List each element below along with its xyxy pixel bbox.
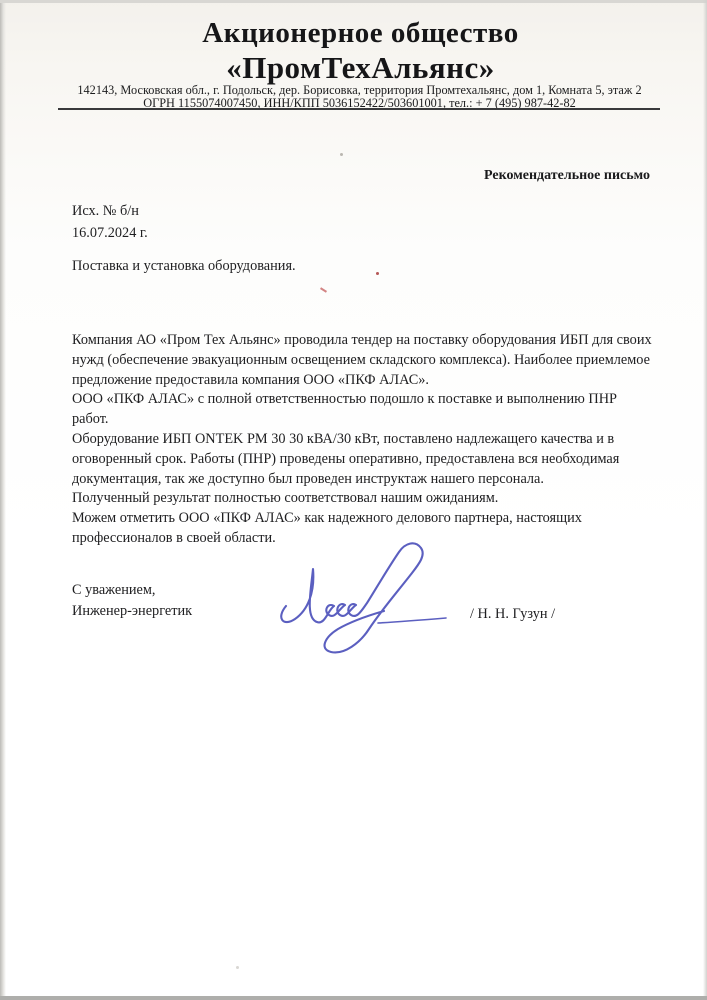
org-name-title: «ПромТехАльянс» xyxy=(7,50,707,86)
body-paragraph: Полученный результат полностью соответст… xyxy=(72,489,657,509)
scan-speck xyxy=(236,966,239,969)
scan-speck xyxy=(340,153,343,156)
body-paragraph: Оборудование ИБП ONTEK PM 30 30 кВА/30 к… xyxy=(72,430,657,489)
letterhead-divider xyxy=(58,108,660,110)
body-paragraph: ООО «ПКФ АЛАС» с полной ответственностью… xyxy=(72,390,657,430)
scan-edge-left xyxy=(0,0,6,1000)
scan-edge-top xyxy=(0,0,707,3)
scan-edge-bottom xyxy=(0,996,707,1000)
scan-speck xyxy=(320,287,327,292)
document-type-label: Рекомендательное письмо xyxy=(0,168,650,184)
scan-speck xyxy=(376,272,379,275)
letter-date: 16.07.2024 г. xyxy=(72,225,148,242)
signer-name: / Н. Н. Гузун / xyxy=(470,606,555,623)
scanned-letter-page: Акционерное общество «ПромТехАльянс» 142… xyxy=(0,0,707,1000)
letter-body: Компания АО «Пром Тех Альянс» проводила … xyxy=(72,331,657,549)
closing-salutation: С уважением, xyxy=(72,582,155,599)
signer-position: Инженер-энергетик xyxy=(72,603,192,620)
signature-ink xyxy=(278,542,458,664)
org-type-title: Акционерное общество xyxy=(7,16,707,50)
letter-subject: Поставка и установка оборудования. xyxy=(72,258,296,275)
outgoing-number: Исх. № б/н xyxy=(72,203,139,220)
body-paragraph: Компания АО «Пром Тех Альянс» проводила … xyxy=(72,331,657,390)
scan-edge-right xyxy=(703,0,707,1000)
